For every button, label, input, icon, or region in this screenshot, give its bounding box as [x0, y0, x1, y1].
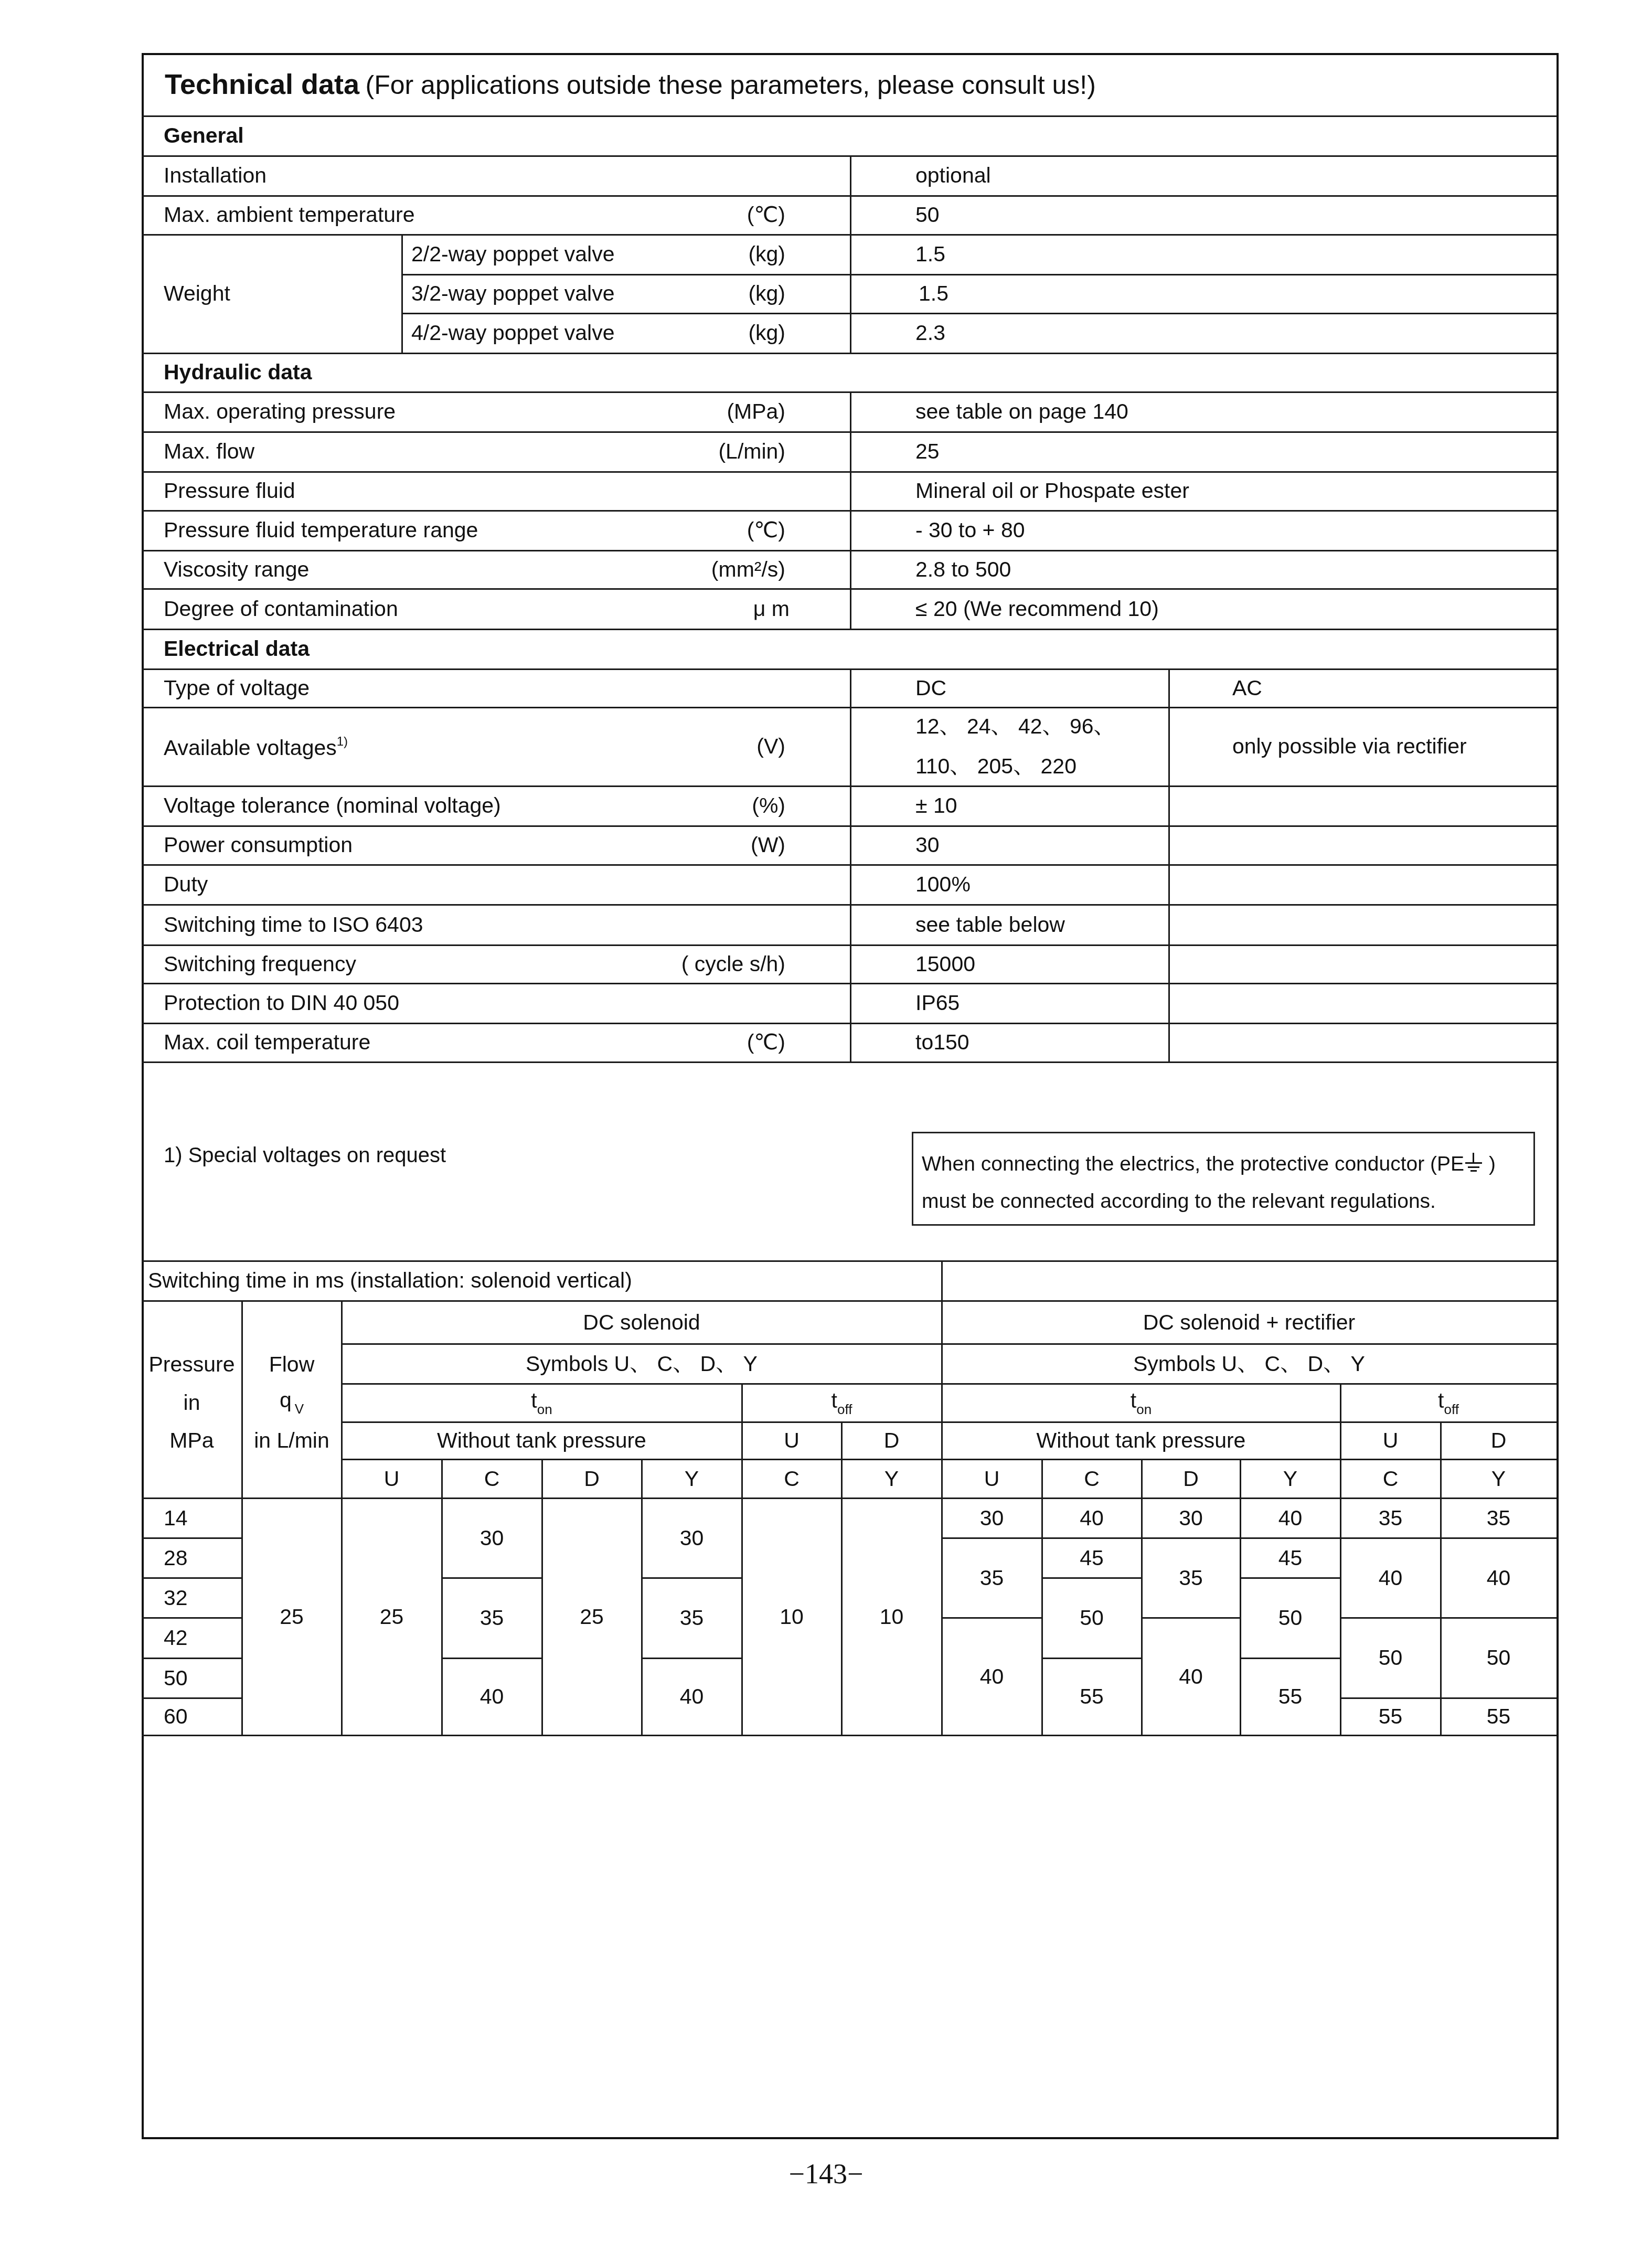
ton-col-header: U — [342, 1459, 442, 1498]
flow-unit-header: in L/min — [242, 1425, 342, 1456]
voltages-dc-line-1: 12、 24、 42、 96、 — [915, 716, 1115, 737]
flow-symbol: q — [280, 1388, 292, 1412]
grid-line — [942, 1421, 1557, 1423]
spec-value-dc: 100% — [915, 874, 971, 895]
switching-time-value: 55 — [1441, 1698, 1557, 1735]
pressure-value: 42 — [142, 1618, 242, 1658]
spec-value: 50 — [915, 204, 940, 226]
spec-value: - 30 to + 80 — [915, 519, 1025, 541]
table-bottom — [142, 1735, 1557, 1736]
grid-line — [142, 864, 1557, 866]
pe-note-box: When connecting the electrics, the prote… — [912, 1132, 1535, 1226]
spec-value: Mineral oil or Phospate ester — [915, 480, 1189, 502]
switching-time-value: 35 — [642, 1578, 742, 1658]
pe-note-text-1b: ) — [1483, 1153, 1496, 1175]
switching-time-value: 10 — [841, 1498, 942, 1735]
spec-unit: μ m — [580, 598, 790, 620]
column-divider — [850, 865, 851, 905]
grid-line — [142, 588, 1557, 590]
column-divider — [1168, 707, 1170, 786]
spec-label: Protection to DIN 40 050 — [164, 992, 399, 1014]
spec-label: Degree of contamination — [164, 598, 398, 620]
pe-note-text-1a: When connecting the electrics, the prote… — [922, 1153, 1464, 1175]
flow-value: 25 — [242, 1498, 342, 1735]
switching-time-value: 35 — [442, 1578, 542, 1658]
column-divider — [1168, 945, 1170, 983]
ton-col-header: U — [942, 1459, 1042, 1498]
title-main: Technical data — [165, 69, 359, 100]
spec-unit: (L/min) — [575, 441, 785, 462]
flow-header: Flow — [242, 1348, 342, 1380]
column-divider — [850, 589, 851, 629]
section-general: General — [164, 125, 244, 146]
column-divider — [850, 983, 851, 1023]
row-divider — [142, 1617, 242, 1619]
grid-line — [942, 1383, 1557, 1385]
grid-line — [941, 1301, 943, 1735]
notes-divider — [142, 1260, 1557, 1262]
column-divider — [850, 313, 851, 353]
grid-line — [942, 1459, 1557, 1460]
group-dc-solenoid: DC solenoid — [342, 1301, 942, 1344]
switching-time-value: 35 — [942, 1538, 1042, 1618]
spec-unit: (℃) — [575, 204, 785, 226]
spec-label: Viscosity range — [164, 559, 309, 580]
grid-line — [142, 904, 1557, 906]
merge-divider — [1042, 1577, 1142, 1579]
symbols-header: Symbols U、 C、 D、 Y — [342, 1344, 942, 1384]
spec-value-dc: to150 — [915, 1032, 969, 1053]
voltage-type-dc: DC — [915, 677, 946, 699]
switching-time-value: 35 — [1441, 1498, 1557, 1538]
spec-unit: ( cycle s/h) — [575, 953, 785, 975]
column-divider — [850, 1023, 851, 1062]
toff-col-header: C — [1340, 1459, 1441, 1498]
pressure-header: MPa — [142, 1425, 242, 1456]
spec-label: Max. operating pressure — [164, 401, 396, 422]
grid-line — [142, 1061, 1557, 1063]
spec-unit: (mm²/s) — [575, 559, 785, 580]
spec-value-dc: IP65 — [915, 992, 960, 1014]
pe-note-line-1: When connecting the electrics, the prote… — [922, 1152, 1496, 1176]
column-divider — [850, 235, 851, 274]
switching-time-value: 35 — [1142, 1538, 1240, 1618]
toff-col-header: Y — [841, 1459, 942, 1498]
switching-time-value: 40 — [1340, 1538, 1441, 1618]
voltages-dc-line-2: 110、 205、 220 — [915, 756, 1077, 777]
pressure-header: Pressure — [142, 1348, 242, 1380]
toff-col-header: U — [742, 1422, 841, 1459]
spec-label: Switching frequency — [164, 953, 356, 975]
grid-line — [342, 1383, 942, 1385]
grid-line — [142, 234, 1557, 236]
row-divider — [142, 1537, 242, 1539]
switching-time-value: 40 — [1240, 1498, 1340, 1538]
spec-label: Max. flow — [164, 441, 254, 462]
column-divider — [850, 707, 851, 786]
column-divider — [850, 786, 851, 826]
t-on-header: ton — [342, 1384, 742, 1422]
row-divider — [142, 1577, 242, 1579]
merge-divider — [1441, 1617, 1557, 1619]
switching-time-value: 25 — [342, 1498, 442, 1735]
merge-divider — [1240, 1577, 1340, 1579]
grid-line — [342, 1343, 942, 1345]
pe-note-line-2: must be connected according to the relev… — [922, 1190, 1436, 1213]
switching-time-value: 40 — [642, 1658, 742, 1735]
column-divider — [1168, 786, 1170, 826]
column-divider — [850, 196, 851, 235]
switching-time-value: 50 — [1240, 1578, 1340, 1658]
group-dc-rectifier: DC solenoid + rectifier — [942, 1301, 1557, 1344]
spec-value: 2.3 — [915, 322, 945, 344]
merge-divider — [1441, 1537, 1557, 1539]
row-divider — [142, 1697, 242, 1699]
grid-line — [402, 313, 1557, 314]
available-voltages-label: Available voltages — [164, 736, 337, 760]
voltages-ac: only possible via rectifier — [1232, 736, 1467, 757]
merge-divider — [942, 1537, 1042, 1539]
merge-divider — [1441, 1697, 1557, 1699]
spec-value-dc: ± 10 — [915, 795, 957, 816]
grid-line — [142, 825, 1557, 827]
pressure-value: 28 — [142, 1538, 242, 1578]
spec-label: Pressure fluid — [164, 480, 295, 502]
spec-value: 2.8 to 500 — [915, 559, 1011, 580]
title-divider — [142, 115, 1557, 117]
merge-divider — [1340, 1617, 1441, 1619]
spec-label: Max. ambient temperature — [164, 204, 415, 226]
column-divider — [941, 1261, 943, 1301]
grid-line — [142, 391, 1557, 393]
ton-col-header: D — [1142, 1459, 1240, 1498]
grid-line — [142, 707, 1557, 708]
column-divider — [850, 669, 851, 707]
switching-time-value: 40 — [1441, 1538, 1557, 1618]
ton-col-header: Y — [642, 1459, 742, 1498]
pressure-header: in — [142, 1387, 242, 1418]
switching-time-value: 40 — [1042, 1498, 1142, 1538]
spec-value-dc: 15000 — [915, 953, 975, 975]
grid-line — [402, 274, 1557, 275]
spec-label: Duty — [164, 874, 208, 895]
spec-unit: (kg) — [575, 283, 785, 304]
column-divider — [1168, 669, 1170, 707]
switching-table-caption: Switching time in ms (installation: sole… — [148, 1270, 632, 1291]
ton-col-header: C — [442, 1459, 542, 1498]
pressure-value: 50 — [142, 1658, 242, 1698]
spec-value: see table on page 140 — [915, 401, 1128, 422]
spec-value-dc: 30 — [915, 834, 940, 856]
spec-label: Pressure fluid temperature range — [164, 519, 478, 541]
footnote: 1) Special voltages on request — [164, 1145, 446, 1166]
grid-line — [142, 431, 1557, 433]
switching-time-value: 40 — [1142, 1618, 1240, 1735]
switching-time-value: 25 — [542, 1498, 642, 1735]
switching-time-value: 55 — [1042, 1658, 1142, 1735]
merge-divider — [1340, 1537, 1441, 1539]
spec-label: Voltage tolerance (nominal voltage) — [164, 795, 501, 816]
t-on-header: ton — [942, 1384, 1340, 1422]
spec-unit: (℃) — [575, 519, 785, 541]
column-divider — [850, 550, 851, 589]
grid-line — [142, 983, 1557, 984]
column-divider — [1168, 826, 1170, 865]
switching-time-value: 50 — [1042, 1578, 1142, 1658]
spec-unit: (kg) — [575, 243, 785, 265]
pressure-value: 14 — [142, 1498, 242, 1538]
column-divider — [850, 826, 851, 865]
footnote-mark: 1) — [337, 735, 348, 749]
column-divider — [850, 472, 851, 511]
symbols-header: Symbols U、 C、 D、 Y — [942, 1344, 1557, 1384]
merge-divider — [442, 1658, 542, 1659]
toff-col-header: Y — [1441, 1459, 1557, 1498]
column-divider — [1168, 865, 1170, 905]
toff-col-header: D — [841, 1422, 942, 1459]
spec-value: 1.5 — [915, 243, 945, 265]
without-tank-pressure-header: Without tank pressure — [942, 1422, 1340, 1459]
grid-line — [342, 1497, 1557, 1499]
switching-time-value: 45 — [1042, 1538, 1142, 1578]
voltage-type-ac: AC — [1232, 677, 1262, 699]
weight-label: Weight — [164, 283, 230, 304]
switching-time-value: 35 — [1340, 1498, 1441, 1538]
column-divider — [850, 392, 851, 432]
merge-divider — [642, 1658, 742, 1659]
grid-line — [942, 1343, 1557, 1345]
switching-time-value: 55 — [1240, 1658, 1340, 1735]
pressure-value: 32 — [142, 1578, 242, 1618]
grid-line — [142, 195, 1557, 197]
grid-line — [142, 550, 1557, 551]
spec-unit: (MPa) — [575, 401, 785, 422]
spec-unit: (kg) — [575, 322, 785, 344]
grid-line — [342, 1421, 942, 1423]
merge-divider — [642, 1577, 742, 1579]
grid-line — [142, 353, 1557, 354]
switching-time-value: 30 — [442, 1498, 542, 1578]
merge-divider — [1042, 1537, 1142, 1539]
column-divider — [1168, 905, 1170, 945]
column-divider — [850, 945, 851, 983]
spec-value: optional — [915, 165, 991, 186]
merge-divider — [1142, 1617, 1240, 1619]
switching-time-value: 55 — [1340, 1698, 1441, 1735]
merge-divider — [1340, 1697, 1441, 1699]
spec-label: Type of voltage — [164, 677, 310, 699]
spec-value-dc: see table below — [915, 914, 1065, 936]
title-subtitle: (For applications outside these paramete… — [366, 70, 1096, 100]
toff-col-header: D — [1441, 1422, 1557, 1459]
spec-label: Max. coil temperature — [164, 1032, 370, 1053]
column-divider — [850, 511, 851, 550]
spec-label: Switching time to ISO 6403 — [164, 914, 423, 936]
ton-col-header: D — [542, 1459, 642, 1498]
column-divider — [850, 156, 851, 196]
spec-label: Installation — [164, 165, 267, 186]
grid-line — [142, 668, 1557, 670]
row-divider — [142, 1658, 242, 1659]
flow-subscript: V — [295, 1401, 304, 1417]
page-frame — [142, 53, 1559, 2139]
t-off-header: toff — [742, 1384, 942, 1422]
column-divider — [1168, 1023, 1170, 1062]
merge-divider — [942, 1617, 1042, 1619]
column-divider — [850, 905, 851, 945]
spec-value: 1.5 — [919, 283, 948, 304]
column-divider — [850, 274, 851, 313]
grid-line — [142, 785, 1557, 787]
switching-time-value: 30 — [642, 1498, 742, 1578]
page-number: −143− — [0, 2158, 1652, 2190]
page-title: Technical data (For applications outside… — [165, 70, 1096, 99]
grid-line — [142, 1023, 1557, 1024]
spec-unit: (℃) — [575, 1032, 785, 1053]
switching-time-value: 40 — [442, 1658, 542, 1735]
spec-unit: (%) — [575, 795, 785, 816]
merge-divider — [1240, 1658, 1340, 1659]
grid-line — [142, 510, 1557, 512]
switching-time-value: 40 — [942, 1618, 1042, 1735]
spec-value: 25 — [915, 441, 940, 462]
ton-col-header: Y — [1240, 1459, 1340, 1498]
t-off-header: toff — [1340, 1384, 1557, 1422]
switching-time-value: 45 — [1240, 1538, 1340, 1578]
switching-time-value: 10 — [742, 1498, 841, 1735]
grid-line — [142, 944, 1557, 946]
pressure-value: 60 — [142, 1698, 242, 1735]
merge-divider — [442, 1577, 542, 1579]
column-divider — [1168, 983, 1170, 1023]
spec-unit: (W) — [575, 834, 785, 856]
switching-time-value: 50 — [1441, 1618, 1557, 1698]
without-tank-pressure-header: Without tank pressure — [342, 1422, 742, 1459]
flow-qv-header: qV — [242, 1387, 342, 1418]
merge-divider — [1142, 1537, 1240, 1539]
section-electrical: Electrical data — [164, 638, 310, 660]
switching-time-value: 30 — [942, 1498, 1042, 1538]
column-divider — [401, 235, 403, 353]
spec-value: ≤ 20 (We recommend 10) — [915, 598, 1159, 620]
merge-divider — [1042, 1658, 1142, 1659]
spec-label: Power consumption — [164, 834, 353, 856]
spec-label-available-voltages: Available voltages1) — [164, 736, 348, 759]
spec-unit: (V) — [575, 736, 785, 757]
merge-divider — [1240, 1537, 1340, 1539]
section-hydraulic: Hydraulic data — [164, 362, 312, 383]
grid-line — [142, 629, 1557, 630]
switching-time-value: 30 — [1142, 1498, 1240, 1538]
ton-col-header: C — [1042, 1459, 1142, 1498]
toff-col-header: U — [1340, 1422, 1441, 1459]
column-divider — [850, 432, 851, 472]
grid-line — [142, 471, 1557, 473]
switching-time-value: 50 — [1340, 1618, 1441, 1698]
grid-line — [142, 155, 1557, 157]
ground-symbol-icon — [1464, 1152, 1483, 1173]
toff-col-header: C — [742, 1459, 841, 1498]
